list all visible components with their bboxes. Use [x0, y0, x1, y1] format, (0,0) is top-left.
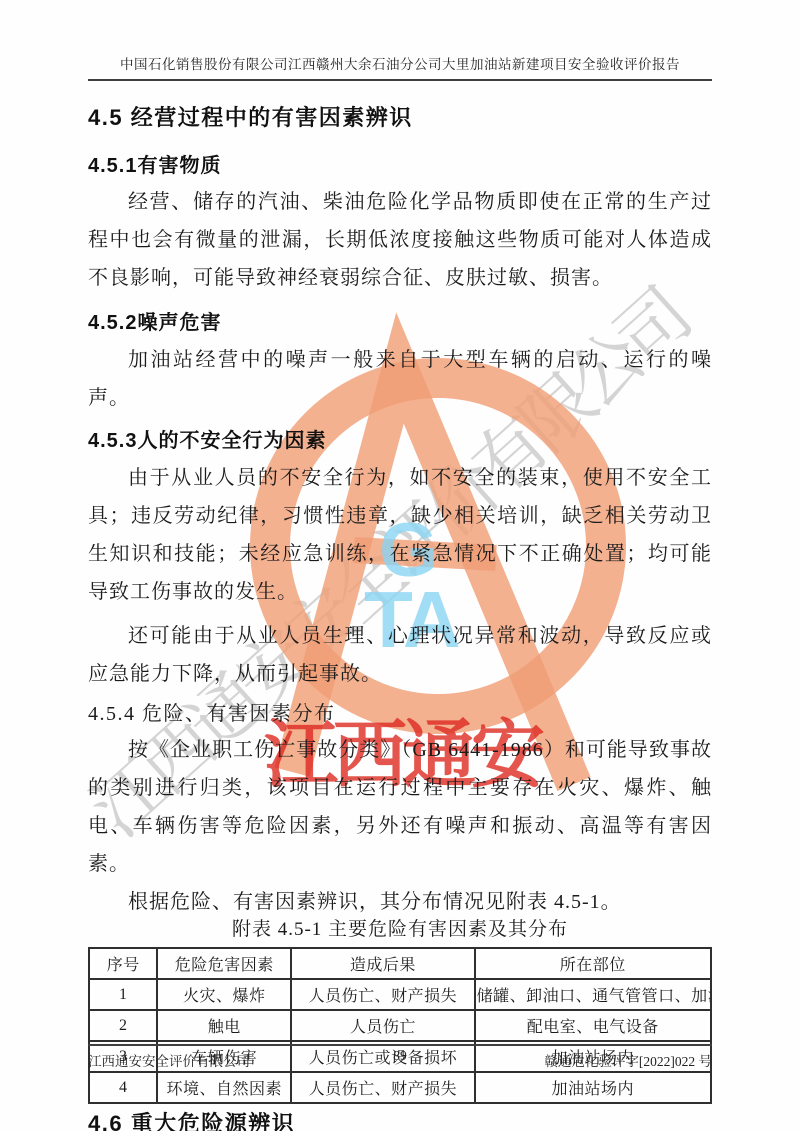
page-header: 中国石化销售股份有限公司江西赣州大余石油分公司大里加油站新建项目安全验收评价报告	[88, 0, 712, 81]
table-cell: 环境、自然因素	[157, 1072, 291, 1103]
section-4-5-3-paragraph-2: 还可能由于从业人员生理、心理状况异常和波动，导致反应或应急能力下降，从而引起事故…	[88, 617, 712, 693]
table-cell: 1	[89, 979, 157, 1010]
table-cell: 2	[89, 1010, 157, 1041]
section-4-5-3-heading: 4.5.3人的不安全行为因素	[88, 429, 712, 453]
section-4-5-1-paragraph: 经营、储存的汽油、柴油危险化学品物质即使在正常的生产过程中也会有微量的泄漏，长期…	[88, 183, 712, 297]
page-footer: 江西通安安全评价有限公司 89 赣通危化验评字[2022]022 号	[88, 1044, 712, 1070]
section-4-5-1-heading: 4.5.1有害物质	[88, 154, 712, 178]
page-number: 89	[393, 1048, 407, 1064]
table-cell: 储罐、卸油口、通气管管口、加油机	[475, 979, 711, 1010]
table-cell: 火灾、爆炸	[157, 979, 291, 1010]
table-row: 4环境、自然因素人员伤亡、财产损失加油站场内	[89, 1072, 711, 1103]
table-cell: 人员伤亡	[291, 1010, 474, 1041]
hazard-table-body: 1火灾、爆炸人员伤亡、财产损失储罐、卸油口、通气管管口、加油机2触电人员伤亡配电…	[89, 979, 711, 1103]
section-4-5-4-heading: 4.5.4 危险、有害因素分布	[88, 702, 712, 726]
table-row: 1火灾、爆炸人员伤亡、财产损失储罐、卸油口、通气管管口、加油机	[89, 979, 711, 1010]
report-header-title: 中国石化销售股份有限公司江西赣州大余石油分公司大里加油站新建项目安全验收评价报告	[88, 53, 712, 73]
table-cell: 人员伤亡、财产损失	[291, 979, 474, 1010]
table-cell: 触电	[157, 1010, 291, 1041]
table-cell: 加油站场内	[475, 1072, 711, 1103]
hazard-table-header-row: 序号危险危害因素造成后果所在部位	[89, 948, 711, 979]
section-4-5-heading: 4.5 经营过程中的有害因素辨识	[88, 105, 712, 131]
table-header-cell: 危险危害因素	[157, 948, 291, 979]
section-4-5-2-paragraph: 加油站经营中的噪声一般来自于大型车辆的启动、运行的噪声。	[88, 341, 712, 417]
footer-company-name: 江西通安安全评价有限公司	[88, 1050, 250, 1070]
table-cell: 人员伤亡、财产损失	[291, 1072, 474, 1103]
footer-document-number: 赣通危化验评字[2022]022 号	[544, 1050, 712, 1070]
table-header-cell: 序号	[89, 948, 157, 979]
table-header-cell: 所在部位	[475, 948, 711, 979]
table-cell: 4	[89, 1072, 157, 1103]
table-cell: 配电室、电气设备	[475, 1010, 711, 1041]
report-page: 江西通安安全评价有限公司 G TA 江西通安 中国石化销售股份有限公司江西赣州大…	[0, 0, 800, 1131]
table-row: 2触电人员伤亡配电室、电气设备	[89, 1010, 711, 1041]
document-body: 中国石化销售股份有限公司江西赣州大余石油分公司大里加油站新建项目安全验收评价报告…	[0, 0, 800, 1131]
hazard-table: 序号危险危害因素造成后果所在部位 1火灾、爆炸人员伤亡、财产损失储罐、卸油口、通…	[88, 947, 712, 1104]
section-4-6-heading: 4.6 重大危险源辨识	[88, 1111, 712, 1131]
section-4-5-3-paragraph-1: 由于从业人员的不安全行为，如不安全的装束，使用不安全工具；违反劳动纪律，习惯性违…	[88, 459, 712, 611]
section-4-5-4-paragraph-1: 按《企业职工伤亡事故分类》（GB 6441-1986）和可能导致事故的类别进行归…	[88, 731, 712, 883]
section-4-5-2-heading: 4.5.2噪声危害	[88, 311, 712, 335]
table-header-cell: 造成后果	[291, 948, 474, 979]
